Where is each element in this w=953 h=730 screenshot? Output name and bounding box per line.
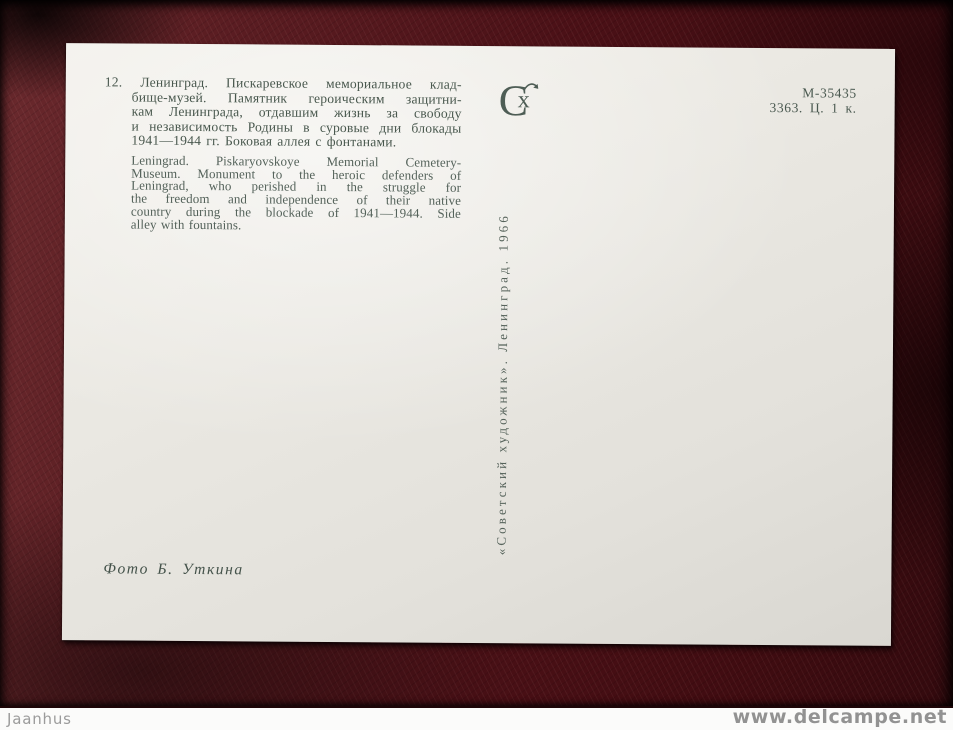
watermark-bar: Jaanhus www.delcampe.net [0, 708, 953, 730]
site-watermark: www.delcampe.net [733, 706, 947, 728]
caption-russian: 12. Ленинград. Пискаревское мемориальное… [104, 75, 462, 150]
caption-russian-line: 1941—1944 гг. Боковая аллея с фонтанами. [131, 134, 461, 151]
monogram-hook-icon [523, 79, 543, 95]
seller-watermark: Jaanhus [7, 710, 72, 728]
caption-english: Leningrad. Piskaryovskoye Memorial Cemet… [131, 155, 462, 234]
price-line: 3363. Ц. 1 к. [769, 100, 856, 116]
photo-credit: Фото Б. Уткина [103, 560, 244, 579]
publisher-imprint-vertical: «Советский художник». Ленинград. 1966 [494, 163, 517, 555]
postcard-back: 12. Ленинград. Пискаревское мемориальное… [62, 43, 895, 646]
publisher-monogram-icon: С х [499, 79, 545, 129]
catalog-codes: М-35435 3363. Ц. 1 к. [769, 85, 856, 116]
listing-photo: 12. Ленинград. Пискаревское мемориальное… [0, 0, 953, 730]
catalog-number: М-35435 [770, 85, 857, 101]
